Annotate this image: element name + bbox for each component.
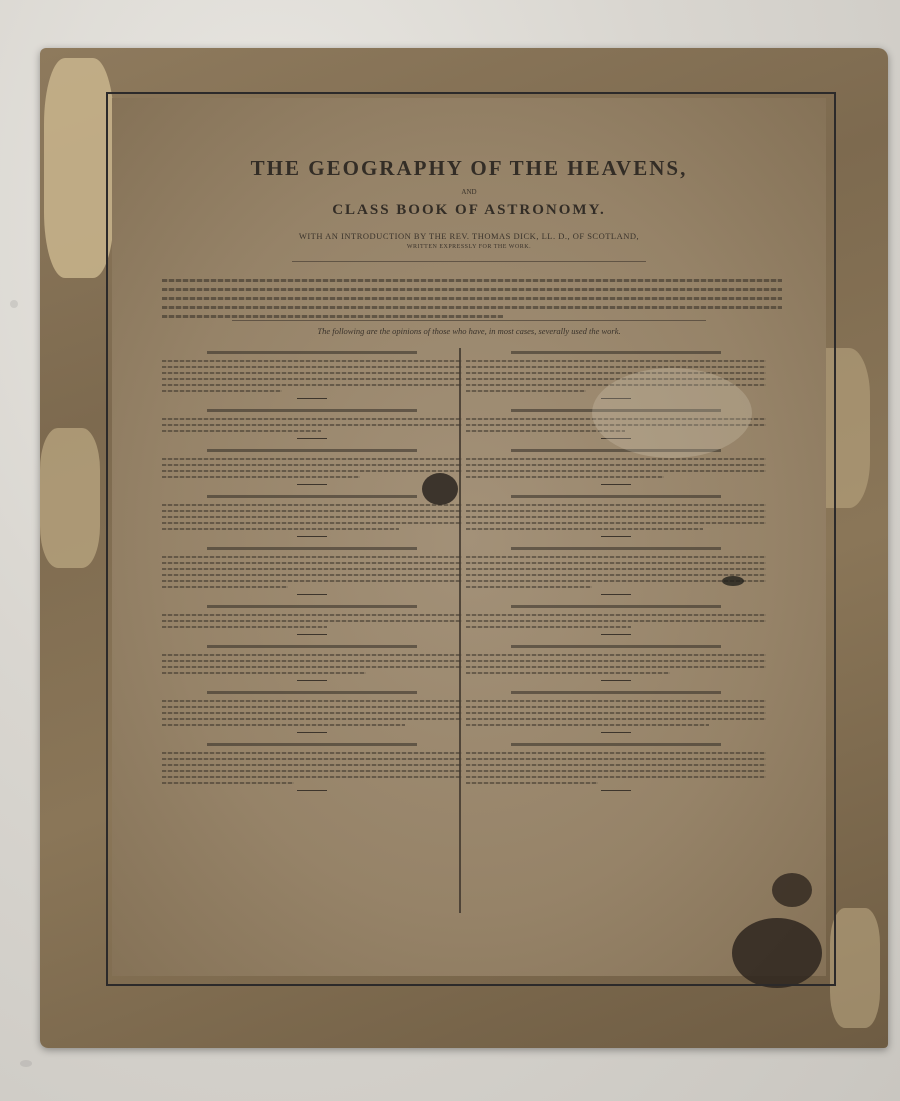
marble-vein <box>20 1060 32 1067</box>
edge-wear <box>830 908 880 1028</box>
marble-vein <box>10 300 18 308</box>
edge-wear <box>40 428 100 568</box>
printed-border-frame <box>106 92 836 986</box>
edge-wear <box>44 58 114 278</box>
